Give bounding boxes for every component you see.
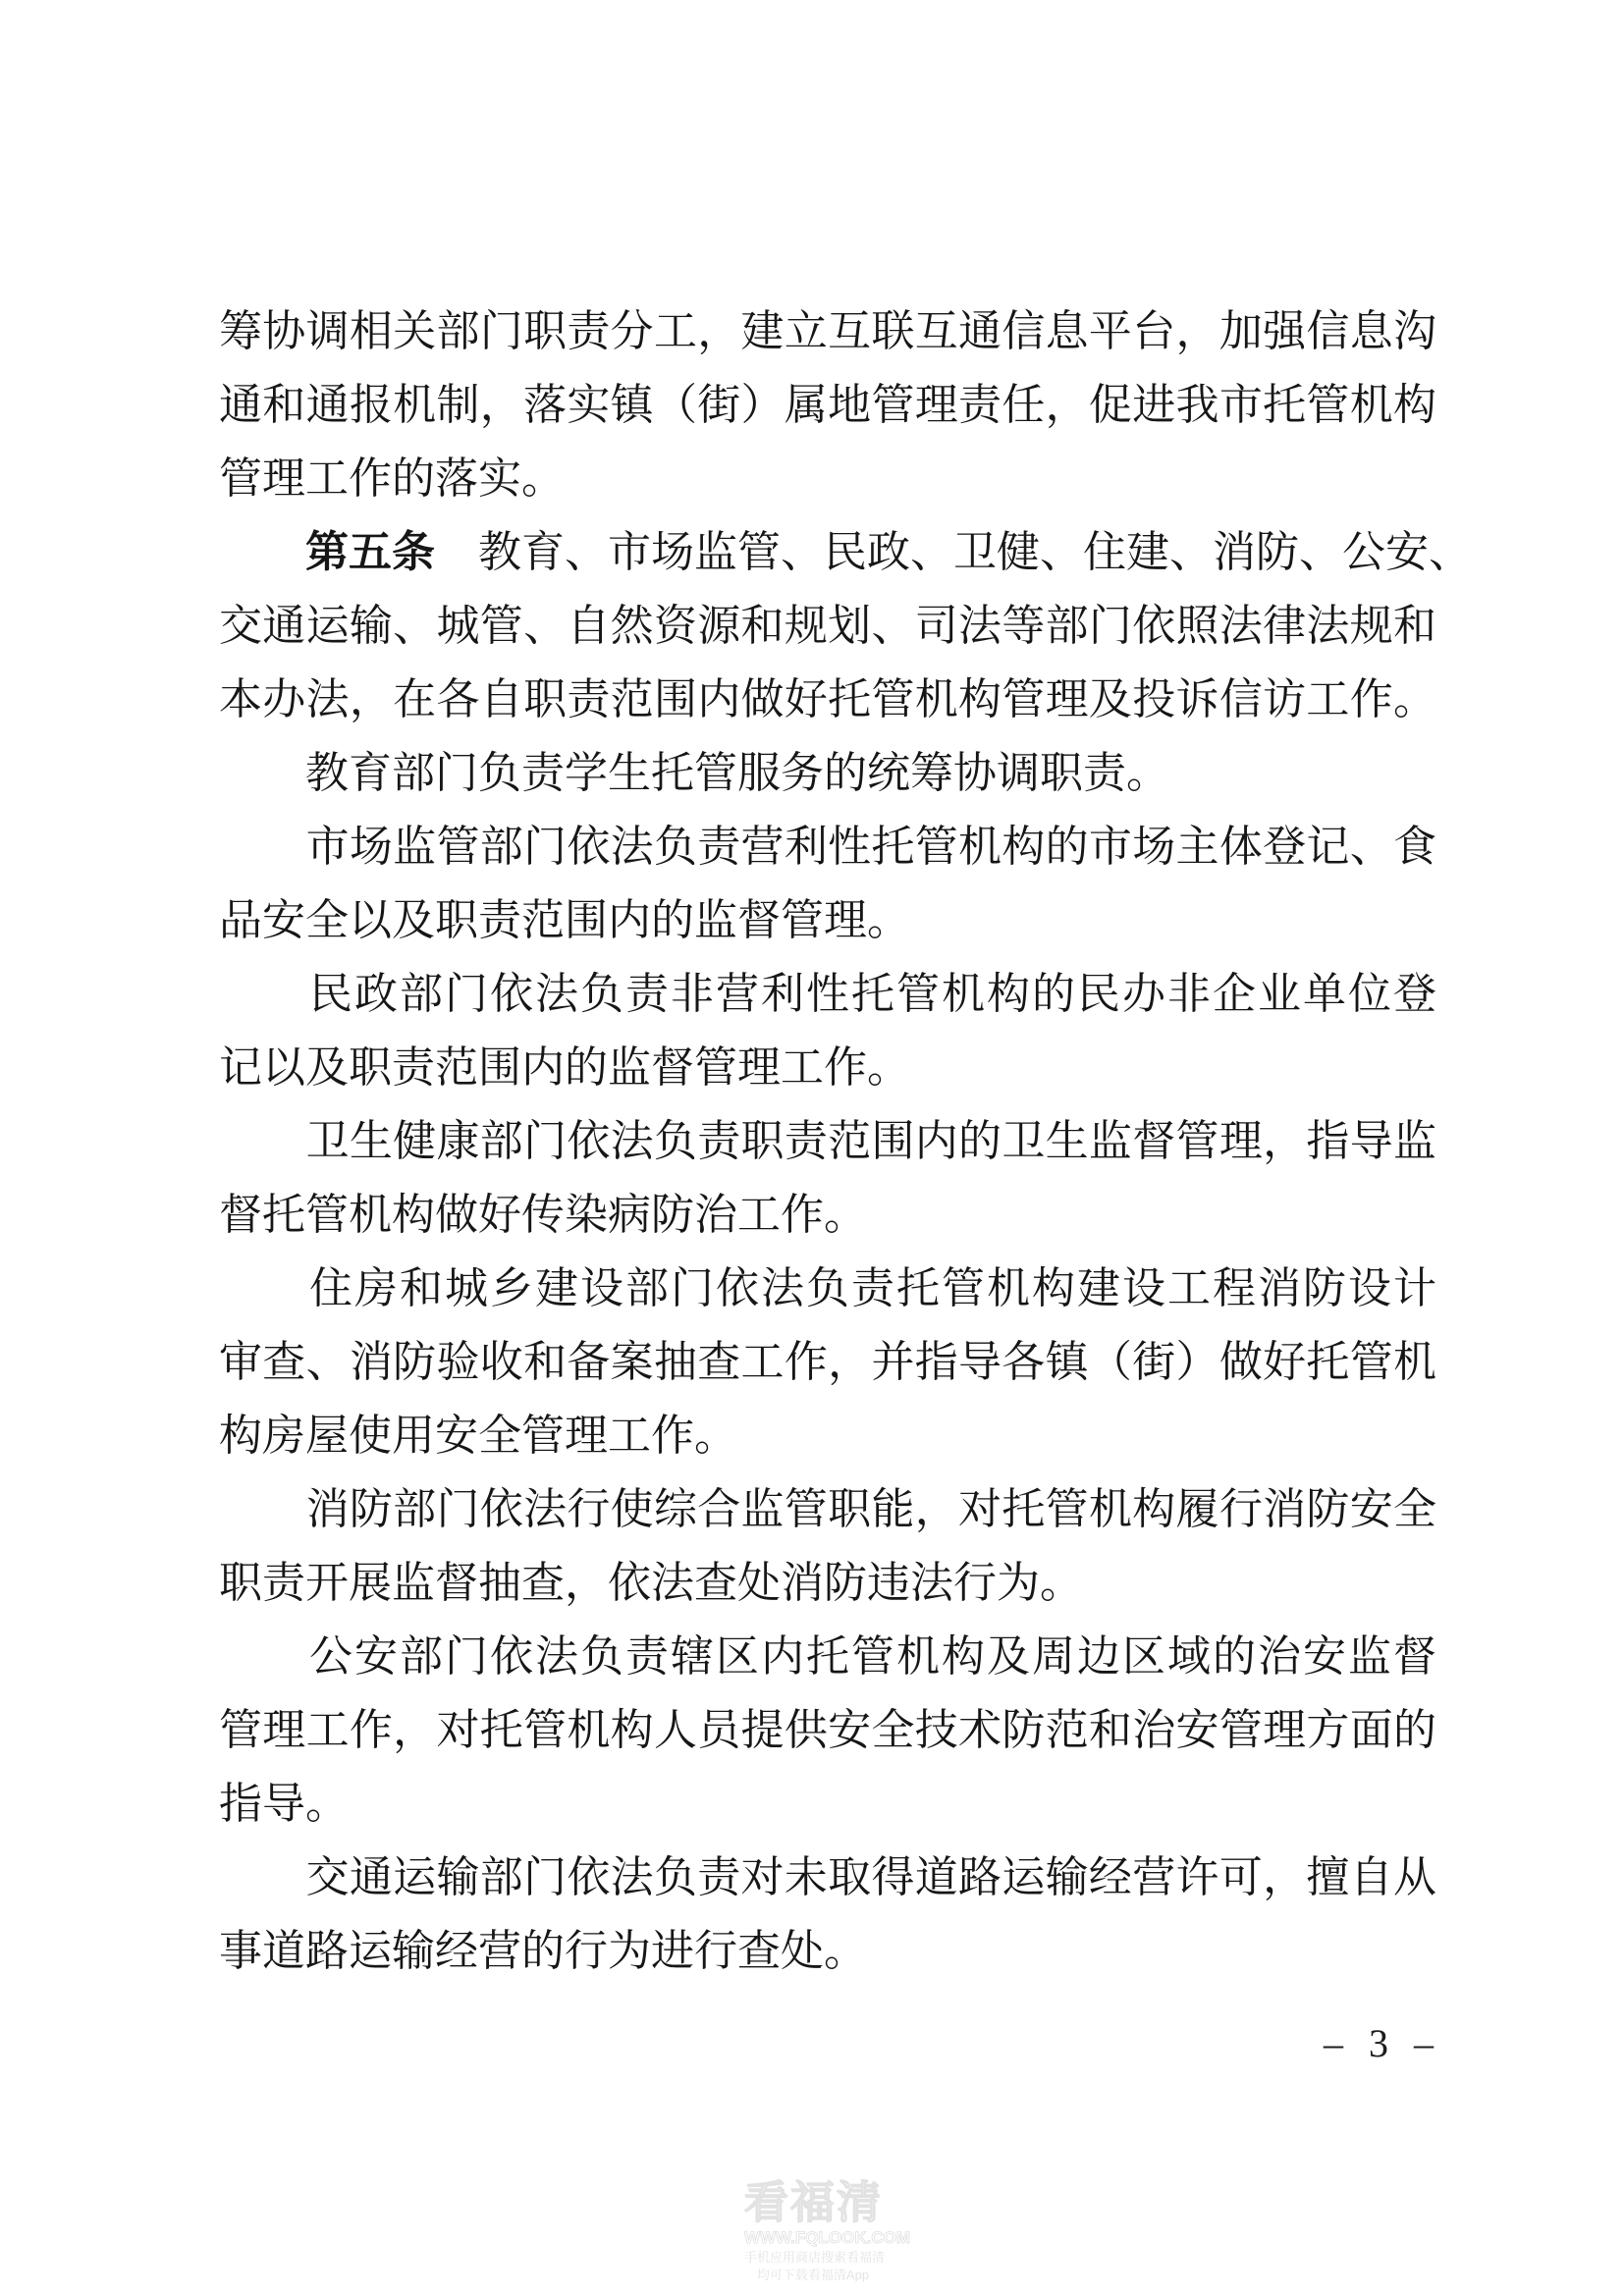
text-line: 督托管机构做好传染病防治工作。: [219, 1178, 1436, 1252]
watermark-url: WWW.FQLOOK.COM: [744, 2228, 882, 2247]
text-line: 民政部门依法负责非营利性托管机构的民办非企业单位登: [219, 957, 1436, 1031]
text-line: 审查、消防验收和备案抽查工作，并指导各镇（街）做好托管机: [219, 1325, 1436, 1399]
article-number: 第五条: [305, 528, 435, 576]
text-line: 通和通报机制，落实镇（街）属地管理责任，促进我市托管机构: [219, 368, 1436, 442]
text-line: 市场监管部门依法负责营利性托管机构的市场主体登记、食: [219, 810, 1436, 883]
text-line: 卫生健康部门依法负责职责范围内的卫生监督管理，指导监: [219, 1104, 1436, 1178]
text-line: 交通运输部门依法负责对未取得道路运输经营许可，擅自从: [219, 1841, 1436, 1914]
watermark-note-line2: 均可下载看福清App: [744, 2269, 882, 2282]
text-line: 管理工作，对托管机构人员提供安全技术防范和治安管理方面的: [219, 1693, 1436, 1767]
watermark-note-line1: 手机应用商店搜索看福清: [744, 2251, 882, 2265]
text-line: 消防部门依法行使综合监管职能，对托管机构履行消防安全: [219, 1472, 1436, 1546]
watermark-logo-text: 看福清: [744, 2179, 882, 2226]
text-line: 构房屋使用安全管理工作。: [219, 1399, 1436, 1472]
text-line: 交通运输、城管、自然资源和规划、司法等部门依照法律法规和: [219, 589, 1436, 663]
page-number: – 3 –: [1324, 2020, 1441, 2066]
text-line: 公安部门依法负责辖区内托管机构及周边区域的治安监督: [219, 1620, 1436, 1693]
text-line: 教育部门负责学生托管服务的统筹协调职责。: [219, 736, 1436, 810]
text-line: 职责开展监督抽查，依法查处消防违法行为。: [219, 1546, 1436, 1620]
document-body: 筹协调相关部门职责分工，建立互联互通信息平台，加强信息沟通和通报机制，落实镇（街…: [219, 294, 1436, 1988]
text-line: 品安全以及职责范围内的监督管理。: [219, 883, 1436, 957]
text-line: 事道路运输经营的行为进行查处。: [219, 1914, 1436, 1988]
text-line: 管理工作的落实。: [219, 442, 1436, 515]
text-line: 筹协调相关部门职责分工，建立互联互通信息平台，加强信息沟: [219, 294, 1436, 368]
text-line: 住房和城乡建设部门依法负责托管机构建设工程消防设计: [219, 1252, 1436, 1325]
text-line: 指导。: [219, 1767, 1436, 1841]
article-text: 教育、市场监管、民政、卫健、住建、消防、公安、: [435, 528, 1472, 576]
text-line: 第五条 教育、市场监管、民政、卫健、住建、消防、公安、: [219, 515, 1436, 589]
document-page: 筹协调相关部门职责分工，建立互联互通信息平台，加强信息沟通和通报机制，落实镇（街…: [0, 0, 1624, 2296]
text-line: 本办法，在各自职责范围内做好托管机构管理及投诉信访工作。: [219, 663, 1436, 736]
watermark: 看福清 WWW.FQLOOK.COM 手机应用商店搜索看福清 均可下载看福清Ap…: [744, 2179, 882, 2282]
paragraph-indent: [219, 528, 305, 576]
text-line: 记以及职责范围内的监督管理工作。: [219, 1031, 1436, 1104]
